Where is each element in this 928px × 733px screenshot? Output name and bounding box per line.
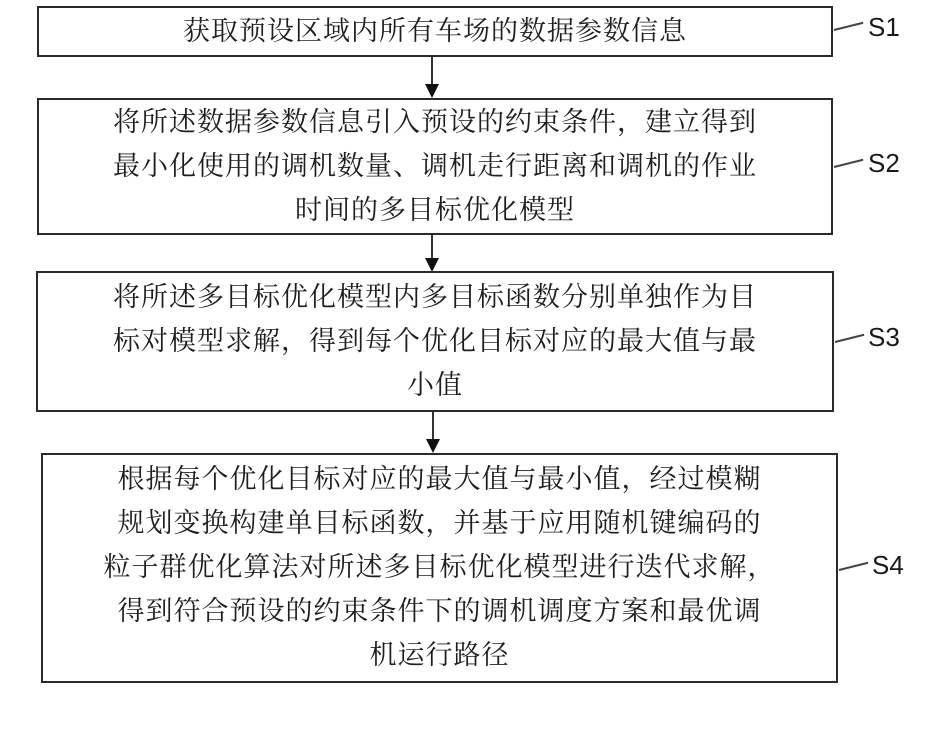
step-s3-line-1: 将所述多目标优化模型内多目标函数分别单独作为目	[113, 276, 757, 320]
step-label-s2: S2	[868, 148, 900, 179]
arrow-s2-s3-line	[431, 235, 433, 259]
step-text-s2: 将所述数据参数信息引入预设的约束条件，建立得到 最小化使用的调机数量、调机走行距…	[113, 101, 757, 233]
step-label-s4: S4	[872, 550, 904, 581]
arrow-s3-s4-head	[426, 439, 440, 453]
step-label-s3: S3	[868, 322, 900, 353]
step-s2-line-2: 最小化使用的调机数量、调机走行距离和调机的作业	[113, 145, 757, 189]
step-s2-line-3: 时间的多目标优化模型	[113, 189, 757, 233]
step-text-s3: 将所述多目标优化模型内多目标函数分别单独作为目 标对模型求解，得到每个优化目标对…	[113, 276, 757, 408]
leader-line-s4	[839, 562, 869, 571]
step-box-s2: 将所述数据参数信息引入预设的约束条件，建立得到 最小化使用的调机数量、调机走行距…	[37, 98, 833, 235]
step-text-s4: 根据每个优化目标对应的最大值与最小值，经过模糊 规划变换构建单目标函数，并基于应…	[104, 458, 776, 678]
step-s3-line-2: 标对模型求解，得到每个优化目标对应的最大值与最	[113, 320, 757, 364]
step-s2-line-1: 将所述数据参数信息引入预设的约束条件，建立得到	[113, 101, 757, 145]
leader-line-s1	[834, 22, 864, 31]
step-s3-line-3: 小值	[113, 364, 757, 408]
leader-line-s2	[834, 159, 864, 168]
arrow-s2-s3-head	[425, 258, 439, 272]
step-box-s3: 将所述多目标优化模型内多目标函数分别单独作为目 标对模型求解，得到每个优化目标对…	[36, 271, 834, 412]
leader-line-s3	[835, 334, 865, 343]
arrow-s1-s2-line	[431, 57, 433, 87]
step-box-s1: 获取预设区域内所有车场的数据参数信息	[37, 6, 833, 57]
step-s1-line-1: 获取预设区域内所有车场的数据参数信息	[183, 10, 687, 54]
step-s4-line-5: 机运行路径	[104, 634, 776, 678]
step-text-s1: 获取预设区域内所有车场的数据参数信息	[183, 10, 687, 54]
arrow-s1-s2-head	[425, 84, 439, 98]
arrow-s3-s4-line	[432, 412, 434, 440]
step-s4-line-4: 得到符合预设的约束条件下的调机调度方案和最优调	[104, 590, 776, 634]
step-s4-line-3: 粒子群优化算法对所述多目标优化模型进行迭代求解，	[104, 546, 776, 590]
step-s4-line-1: 根据每个优化目标对应的最大值与最小值，经过模糊	[104, 458, 776, 502]
step-label-s1: S1	[868, 12, 900, 43]
step-s4-line-2: 规划变换构建单目标函数，并基于应用随机键编码的	[104, 502, 776, 546]
step-box-s4: 根据每个优化目标对应的最大值与最小值，经过模糊 规划变换构建单目标函数，并基于应…	[41, 453, 838, 683]
